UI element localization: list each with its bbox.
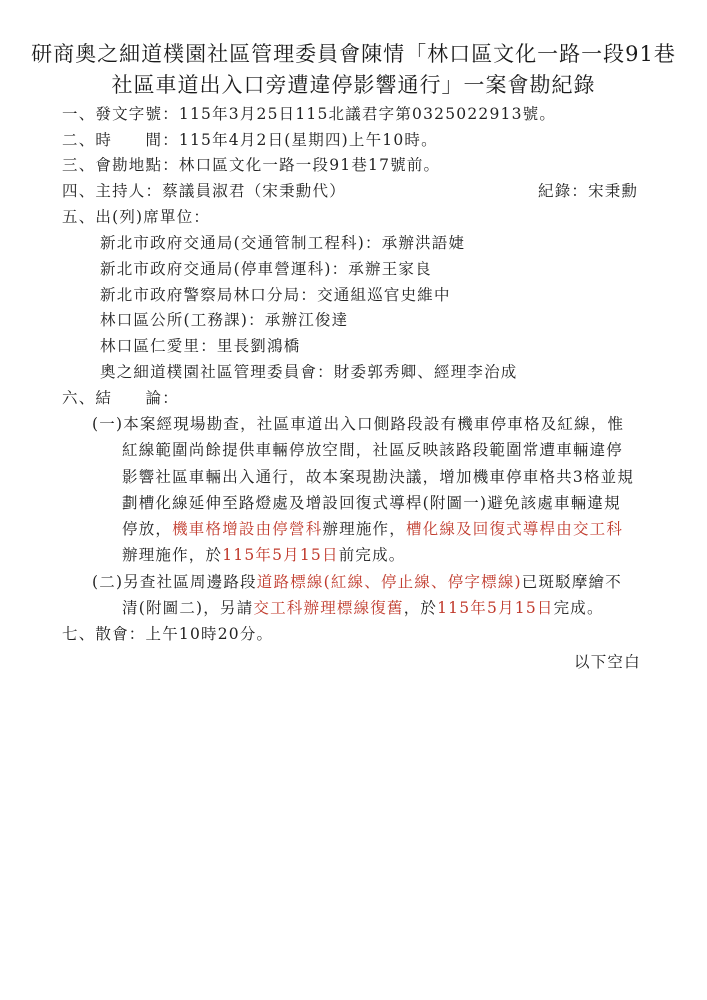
highlight-date: 115年5月15日 <box>222 546 338 564</box>
text: 辦理施作，於 <box>122 546 222 564</box>
attendee: 林口區仁愛里：里長劉鴻橋 <box>100 334 300 356</box>
highlight-text: 道路標線(紅線、停止線、停字標線) <box>257 573 522 591</box>
issue-number: 一、發文字號：115年3月25日115北議君字第0325022913號。 <box>62 102 556 124</box>
conclusion-1-line: 紅線範圍尚餘提供車輛停放空間，社區反映該路段範圍常遭車輛違停 <box>122 438 623 460</box>
highlight-text: 交工科辦理標線復舊 <box>253 599 403 617</box>
conclusion-2-line: (二)另查社區周邊路段道路標線(紅線、停止線、停字標線)已斑駁摩繪不 <box>92 570 622 592</box>
attendees-header: 五、出(列)席單位： <box>62 205 210 227</box>
blank-note: 以下空白 <box>574 650 641 672</box>
attendee: 新北市政府交通局(停車營運科)：承辦王家良 <box>100 257 432 279</box>
text: (二)另查社區周邊路段 <box>92 573 257 591</box>
conclusion-2-line: 清(附圖二)，另請交工科辦理標線復舊，於115年5月15日完成。 <box>122 596 604 618</box>
highlight-date: 115年5月15日 <box>437 599 553 617</box>
conclusion-1-line: 辦理施作，於115年5月15日前完成。 <box>122 543 406 565</box>
meeting-record-page: 研商奧之細道樸園社區管理委員會陳情「林口區文化一路一段91巷 社區車道出入口旁遭… <box>0 0 707 1000</box>
conclusion-1-line: 影響社區車輛出入通行，故本案現勘決議，增加機車停車格共3格並規 <box>122 465 634 487</box>
attendee: 林口區公所(工務課)：承辦江俊達 <box>100 308 348 330</box>
conclusion-1-line: (一)本案經現場勘查，社區車道出入口側路段設有機車停車格及紅線，惟 <box>92 412 624 434</box>
text: ，於 <box>404 599 437 617</box>
conclusion-1-line: 停放，機車格增設由停營科辦理施作，槽化線及回復式導桿由交工科 <box>122 517 623 539</box>
adjourn: 七、散會：上午10時20分。 <box>62 622 273 644</box>
text: 已斑駁摩繪不 <box>522 573 622 591</box>
meeting-location: 三、會勘地點：林口區文化一路一段91巷17號前。 <box>62 153 440 175</box>
highlight-text: 槽化線及回復式導桿由交工科 <box>406 520 623 538</box>
text: 完成。 <box>554 599 604 617</box>
recorder: 紀錄：宋秉勳 <box>538 179 638 201</box>
host: 四、主持人：蔡議員淑君（宋秉勳代） <box>62 179 346 201</box>
text: 前完成。 <box>339 546 406 564</box>
text: 停放， <box>122 520 172 538</box>
meeting-time: 二、時 間：115年4月2日(星期四)上午10時。 <box>62 128 438 150</box>
conclusion-1-line: 劃槽化線延伸至路燈處及增設回復式導桿(附圖一)避免該處車輛違規 <box>122 491 621 513</box>
highlight-text: 機車格增設由停營科 <box>172 520 322 538</box>
conclusion-header: 六、結 論： <box>62 386 179 408</box>
attendee: 奧之細道樸園社區管理委員會：財委郭秀卿、經理李治成 <box>100 360 518 382</box>
attendee: 新北市政府交通局(交通管制工程科)：承辦洪語婕 <box>100 231 465 253</box>
attendee: 新北市政府警察局林口分局：交通組巡官史維中 <box>100 283 451 305</box>
title-line-2: 社區車道出入口旁遭違停影響通行」一案會勘紀錄 <box>0 69 707 99</box>
title-line-1: 研商奧之細道樸園社區管理委員會陳情「林口區文化一路一段91巷 <box>0 38 707 68</box>
text: 辦理施作， <box>322 520 406 538</box>
text: 清(附圖二)，另請 <box>122 599 253 617</box>
